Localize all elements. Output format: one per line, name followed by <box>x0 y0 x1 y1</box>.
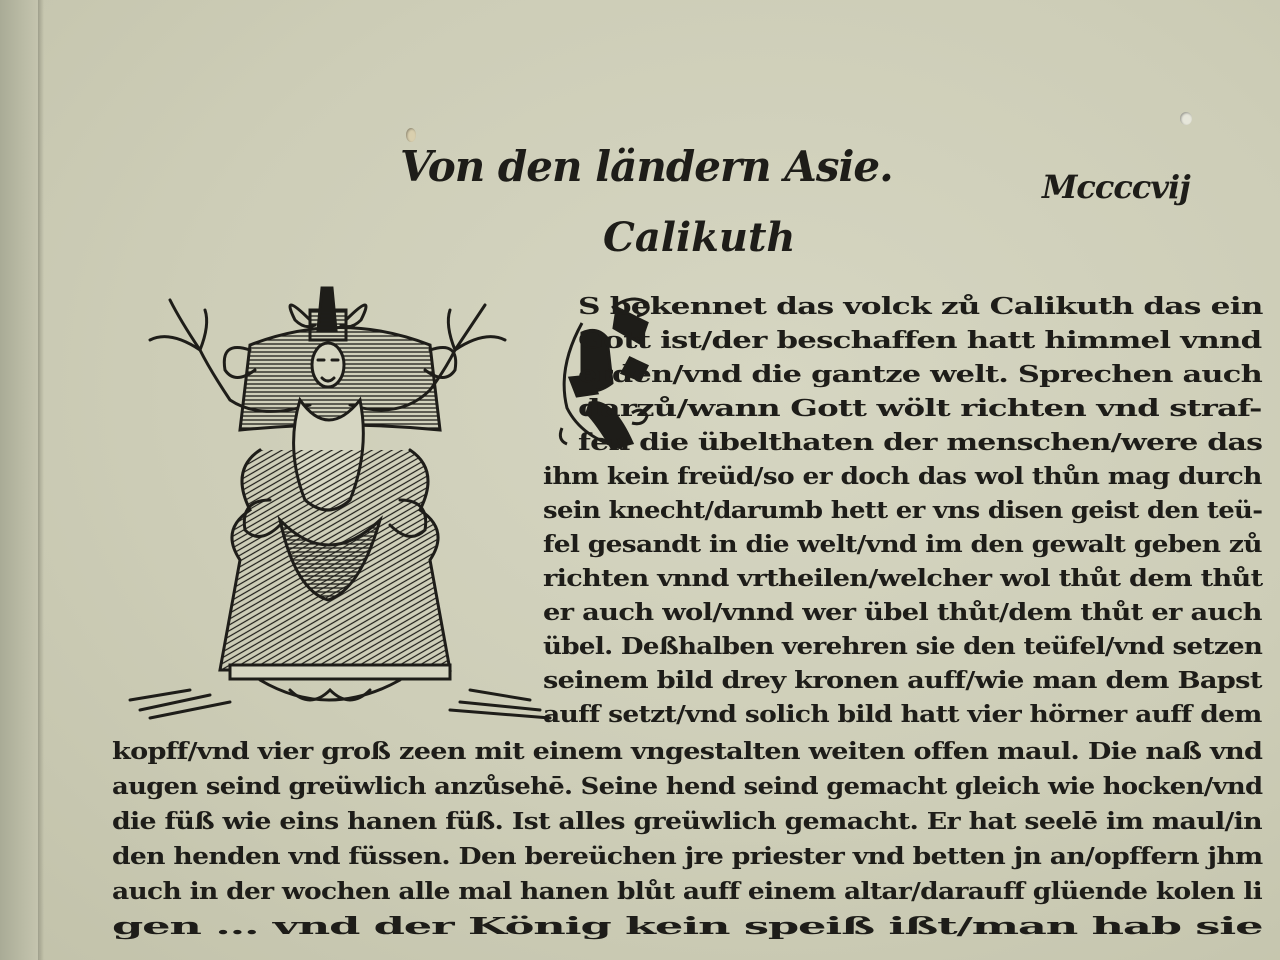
text-line: seinem bild drey kronen auff/wie man dem… <box>543 667 1262 694</box>
text-line: er auch wol/vnnd wer übel thůt/dem thůt … <box>543 599 1262 626</box>
facing-page-gutter <box>0 0 40 960</box>
text-line: fel gesandt in die welt/vnd im den gewal… <box>543 531 1262 558</box>
text-line: sein knecht/darumb hett er vns disen gei… <box>543 497 1262 524</box>
text-line: gen ... vnd der König kein speiß ißt/man… <box>112 913 1262 940</box>
text-line: S bekennet das volck zů Calikuth das ein <box>578 293 1263 320</box>
text-line: fen die übelthaten der menschen/were das <box>578 429 1262 456</box>
text-line: den henden vnd füssen. Den bereüchen jre… <box>112 843 1263 870</box>
section-title: Calikuth <box>603 214 796 261</box>
book-page: Von den ländern Asie. Mccccvij Calikuth <box>0 0 1280 960</box>
text-line: darzů/wann Gott wölt richten vnd straf- <box>578 395 1262 422</box>
text-line: Gott ist/der beschaffen hatt himmel vnnd <box>578 327 1261 354</box>
text-line: übel. Deßhalben verehren sie den teüfel/… <box>543 633 1262 660</box>
text-line: erden/vnd die gantze welt. Sprechen auch <box>578 361 1262 388</box>
woodcut-illustration-icon <box>110 270 570 730</box>
text-line: richten vnnd vrtheilen/welcher wol thůt … <box>543 565 1262 592</box>
text-line: kopff/vnd vier groß zeen mit einem vnges… <box>112 738 1262 765</box>
paper-stain <box>406 128 416 142</box>
text-line: auff setzt/vnd solich bild hatt vier hör… <box>543 701 1262 728</box>
text-line: auch in der wochen alle mal hanen blůt a… <box>112 878 1262 905</box>
wormhole <box>1180 112 1192 125</box>
running-head: Von den ländern Asie. <box>400 142 893 191</box>
page-edge-shadow <box>38 0 44 960</box>
text-line: augen seind greüwlich anzůsehē. Seine he… <box>112 773 1262 800</box>
text-line: die füß wie eins hanen füß. Ist alles gr… <box>112 808 1262 835</box>
text-line: ihm kein freüd/so er doch das wol thůn m… <box>543 463 1262 490</box>
folio-number: Mccccvij <box>1042 168 1190 206</box>
